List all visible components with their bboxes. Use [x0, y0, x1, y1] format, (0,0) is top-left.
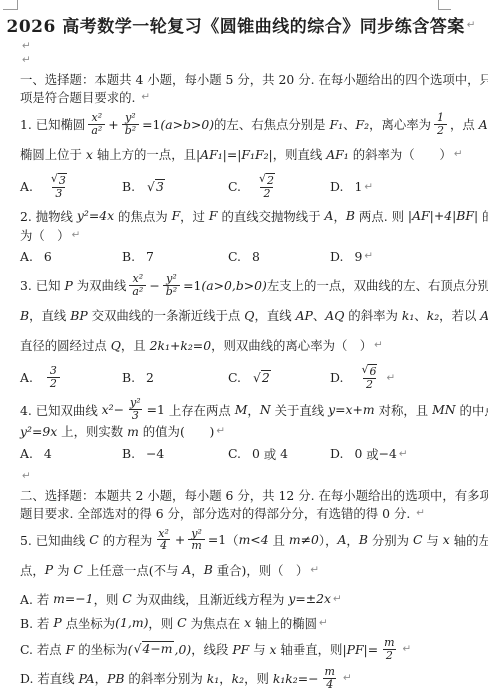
document-body: ↵↵一、选择题：本题共 4 小题，每小题 5 分，共 20 分. 在每小题给出的…	[20, 39, 462, 690]
text-run: 的最小值	[478, 207, 488, 225]
text-run: ，	[219, 669, 231, 687]
option-item: D.0 或−4↵	[330, 445, 462, 463]
text-run: ，	[191, 561, 203, 579]
option-label: A.	[20, 370, 33, 385]
paragraph: 3. 已知 P 为双曲线x²a²−y²b²=1(a>0,b>0)左支上的一点，双…	[20, 270, 462, 360]
paragraph-mark: ↵	[343, 672, 352, 684]
sqrt-expression: √6	[361, 364, 377, 378]
text-run: 的斜率为	[344, 306, 401, 324]
option-label: D.	[330, 249, 343, 264]
paragraph-mark: ↵	[467, 19, 476, 31]
text-run: AP	[296, 308, 313, 323]
paragraph-mark: ↵	[416, 507, 425, 519]
text-run: F	[66, 642, 75, 657]
text-run: P	[45, 562, 53, 577]
option-label: B.	[122, 179, 135, 194]
option-item: A.32	[20, 364, 122, 391]
text-run: 0	[252, 446, 264, 461]
text-run: y²=9x	[20, 424, 57, 439]
text-run: 且	[269, 531, 289, 549]
text-run: 项是符合题目要求的.	[20, 88, 139, 106]
text-line: y²=9x 上，则实数 m 的值为( )↵	[20, 422, 462, 441]
text-line: 二、选择题：本题共 2 小题，每小题 6 分，共 12 分. 在每小题给出的选项…	[20, 486, 462, 504]
text-run: 、	[343, 115, 355, 133]
text-run: 的斜率为（ ）	[349, 145, 452, 163]
text-run: 两点. 则	[355, 207, 408, 225]
text-run: ，过	[180, 207, 209, 225]
text-run: k₂	[427, 308, 439, 323]
text-line: 1. 已知椭圆x²a²+y²b²=1(a>b>0)的左、右焦点分别是 F₁、F₂…	[20, 109, 462, 139]
fraction: y²b²	[122, 112, 139, 137]
radicand: 6	[368, 364, 377, 378]
text-run: 的坐标为	[74, 640, 128, 658]
text-run: 5. 已知曲线	[20, 531, 89, 549]
text-line: 题目要求. 全部选对的得 6 分，部分选对的得部分分，有选错的得 0 分. ↵	[20, 504, 462, 522]
denominator: b²	[122, 124, 139, 137]
numerator: √6	[357, 364, 381, 378]
denominator: m	[188, 539, 204, 552]
text-run: y=x+m	[328, 402, 375, 417]
radicand: 3	[58, 173, 67, 187]
text-run: ,0)	[175, 642, 192, 657]
text-run: 题目要求. 全部选对的得 6 分，部分选对的得部分分，有选错的得 0 分.	[20, 504, 414, 522]
paragraph: 2. 抛物线 y²=4x 的焦点为 F，过 F 的直线交抛物线于 A，B 两点.…	[20, 206, 462, 244]
text-run: 与	[249, 640, 269, 658]
text-run: ，线段	[191, 640, 232, 658]
blank-line: ↵	[20, 469, 462, 483]
text-run: C	[177, 615, 186, 630]
text-run: 的左、右焦点分别是	[214, 115, 329, 133]
paragraph: 5. 已知曲线 C 的方程为x²4+y²m=1（m<4 且 m≠0），A，B 分…	[20, 525, 462, 585]
option-item: B.−4	[122, 445, 228, 463]
text-run: MN	[432, 402, 456, 417]
text-run: AF₁	[326, 147, 349, 162]
text-run: |AF₁|=|F₁F₂|	[196, 147, 273, 162]
text-run: BP	[70, 308, 87, 323]
text-run: C	[73, 562, 82, 577]
text-run: 的焦点为	[114, 207, 171, 225]
text-run: ，	[346, 531, 358, 549]
text-run: 2. 抛物线	[20, 207, 77, 225]
text-run: ，	[247, 401, 259, 419]
text-run: B	[204, 562, 213, 577]
options-row: A.32B.2C.√2D.√62↵	[20, 364, 462, 391]
radical-icon: √	[147, 179, 155, 194]
fraction: y²b²	[163, 273, 180, 298]
paragraph: 一、选择题：本题共 4 小题，每小题 5 分，共 20 分. 在每小题给出的四个…	[20, 70, 462, 106]
option-item: C.√2	[228, 364, 330, 391]
text-run: 与	[422, 531, 442, 549]
text-run: x	[443, 532, 450, 547]
text-run: m≠0	[289, 532, 319, 547]
text-run: y²=4x	[77, 208, 114, 223]
text-run: 点，	[20, 561, 45, 579]
option-item: D.9↵	[330, 248, 462, 264]
text-run: 的斜率分别为	[124, 669, 206, 687]
text-run: k₁k₂=−	[273, 671, 319, 686]
fraction: y²m	[188, 528, 205, 553]
option-label: C.	[228, 446, 241, 461]
text-run: N	[260, 402, 271, 417]
text-run: 对称，且	[375, 401, 432, 419]
text-run: 关于直线	[271, 401, 328, 419]
text-run: 一、选择题：本题共 4 小题，每小题 5 分，共 20 分. 在每小题给出的四个…	[20, 70, 488, 88]
text-line: 直径的圆经过点 Q，且 2k₁+k₂=0，则双曲线的离心率为（ ）↵	[20, 330, 462, 360]
text-run: 直径的圆经过点	[20, 336, 111, 354]
text-run: 4	[44, 446, 52, 461]
option-label: B.	[122, 446, 135, 461]
text-run: 3. 已知	[20, 276, 64, 294]
paragraph-mark: ↵	[454, 148, 463, 160]
radical-icon: √	[134, 641, 142, 656]
paragraph-mark: ↵	[310, 564, 319, 576]
text-run: 4. 已知双曲线	[20, 401, 102, 419]
option-label: B.	[122, 370, 135, 385]
text-run: m=−1	[53, 591, 93, 606]
page-title: 2026 高考数学一轮复习《圆锥曲线的综合》同步练含答案	[6, 12, 464, 37]
sqrt-expression: √4−m	[134, 641, 174, 657]
option-label: A.	[20, 249, 33, 264]
text-run: 的方程为	[99, 531, 153, 549]
text-run: A	[325, 208, 334, 223]
denominator: 2	[434, 124, 447, 137]
radical-icon: √	[253, 370, 261, 385]
options-row: A.6B.7C.8D.9↵	[20, 248, 462, 264]
text-line: 为（ ）↵	[20, 225, 462, 244]
text-run: −	[149, 278, 159, 293]
fraction: 32	[47, 365, 60, 390]
numerator: m	[381, 637, 397, 649]
numerator: y²	[127, 397, 144, 409]
text-run: −4	[146, 446, 164, 461]
radicand: 2	[261, 370, 271, 386]
numerator: 3	[47, 365, 60, 377]
text-run: C	[413, 532, 422, 547]
paragraph-mark: ↵	[364, 181, 373, 193]
text-line: B. 若 P 点坐标为(1,m)，则 C 为焦点在 x 轴上的椭圆↵	[20, 613, 462, 633]
text-run: A	[182, 562, 191, 577]
text-run: F	[172, 208, 181, 223]
text-run: ，直线	[254, 306, 295, 324]
text-run: 8	[252, 249, 260, 264]
radicand: 4−m	[142, 641, 174, 657]
numerator: √2	[255, 173, 279, 187]
radical-icon: √	[259, 173, 266, 185]
blank-line: ↵	[20, 39, 462, 53]
paragraph-mark: ↵	[399, 448, 408, 460]
text-run: PF	[232, 642, 249, 657]
text-run: F₂	[355, 117, 369, 132]
fraction: √62	[357, 364, 381, 391]
option-label: B.	[122, 249, 135, 264]
text-run: M	[235, 402, 248, 417]
paragraph: 1. 已知椭圆x²a²+y²b²=1(a>b>0)的左、右焦点分别是 F₁、F₂…	[20, 109, 462, 169]
text-run: 上存在两点	[165, 401, 235, 419]
text-run: =1	[147, 402, 165, 417]
text-line: C. 若点 F 的坐标为(√4−m,0)，线段 PF 与 x 轴垂直，则|PF|…	[20, 637, 462, 662]
radicand: 2	[266, 173, 275, 187]
fraction: y²3	[127, 397, 144, 422]
option-label: A.	[20, 179, 33, 194]
text-run: ，则	[244, 669, 273, 687]
denominator: 2	[47, 377, 60, 390]
text-run: x	[86, 147, 93, 162]
text-run: 或	[264, 445, 276, 463]
paragraph-mark: ↵	[22, 54, 31, 66]
option-label: A.	[20, 446, 33, 461]
option-item: A.4	[20, 445, 122, 463]
document-page: { "doc": { "title": "2026 高考数学一轮复习《圆锥曲线的…	[0, 0, 488, 695]
text-run: 为	[53, 561, 73, 579]
paragraph-mark: ↵	[403, 643, 412, 655]
option-item: A.√33	[20, 173, 122, 200]
paragraph-mark: ↵	[22, 470, 31, 482]
numerator: x²	[130, 273, 147, 285]
text-run: 1	[354, 179, 362, 194]
text-line: 5. 已知曲线 C 的方程为x²4+y²m=1（m<4 且 m≠0），A，B 分…	[20, 525, 462, 555]
denominator: b²	[163, 285, 180, 298]
option-item: C.8	[228, 248, 330, 264]
fraction: √33	[47, 173, 71, 200]
text-run: ，且	[121, 336, 150, 354]
text-run: 上任意一点(不与	[83, 561, 182, 579]
text-run: PA	[78, 671, 94, 686]
text-run: ），	[319, 531, 338, 549]
paragraph-mark: ↵	[333, 593, 342, 605]
text-run: ，则	[94, 590, 123, 608]
text-run: ，若以	[439, 306, 480, 324]
sqrt-expression: √3	[51, 173, 67, 187]
text-run: 9	[354, 249, 362, 264]
text-run: B	[359, 532, 368, 547]
option-label: C.	[228, 370, 241, 385]
option-label: D.	[330, 446, 343, 461]
text-run: 重合)，则（ ）	[213, 561, 309, 579]
radical-icon: √	[51, 173, 58, 185]
text-run: ，点	[450, 115, 479, 133]
title-row: 2026 高考数学一轮复习《圆锥曲线的综合》同步练含答案 ↵	[20, 12, 462, 37]
text-run: 0	[354, 446, 366, 461]
paragraph: A. 若 m=−1，则 C 为双曲线，且渐近线方程为 y=±2x↵B. 若 P …	[20, 589, 462, 691]
option-label: D.	[330, 370, 343, 385]
text-run: +	[175, 532, 185, 547]
option-item: B.7	[122, 248, 228, 264]
text-run: 轴垂直，则	[277, 640, 343, 658]
text-run: =1	[142, 117, 160, 132]
denominator: 2	[383, 649, 396, 662]
fraction: x²a²	[88, 112, 105, 137]
paragraph: 4. 已知双曲线 x²−y²3=1 上存在两点 M，N 关于直线 y=x+m 对…	[20, 397, 462, 441]
text-run: |AF|+4|BF|	[408, 208, 478, 223]
text-run: k₁	[207, 671, 219, 686]
sqrt-expression: √2	[259, 173, 275, 187]
text-run: 2k₁+k₂=0	[150, 338, 211, 353]
text-run: 1. 已知椭圆	[20, 115, 85, 133]
text-run: 为焦点在	[187, 614, 244, 632]
text-line: 2. 抛物线 y²=4x 的焦点为 F，过 F 的直线交抛物线于 A，B 两点.…	[20, 206, 462, 225]
text-line: D. 若直线 PA，PB 的斜率分别为 k₁，k₂，则 k₁k₂=−m4↵	[20, 666, 462, 691]
document: 2026 高考数学一轮复习《圆锥曲线的综合》同步练含答案 ↵ ↵↵一、选择题：本…	[0, 0, 488, 690]
text-run: 2	[146, 370, 154, 385]
option-item: C.0 或 4	[228, 445, 330, 463]
text-run: 轴上的椭圆	[251, 614, 317, 632]
text-run: k₂	[232, 671, 244, 686]
text-line: 椭圆上位于 x 轴上方的一点，且|AF₁|=|F₁F₂|，则直线 AF₁ 的斜率…	[20, 139, 462, 169]
text-run: ，	[333, 207, 345, 225]
text-line: 项是符合题目要求的. ↵	[20, 88, 462, 106]
text-line: B，直线 BP 交双曲线的一条渐近线于点 Q，直线 AP、AQ 的斜率为 k₁、…	[20, 300, 462, 330]
margin-corner-mark-left	[3, 0, 18, 10]
option-label: C.	[228, 249, 241, 264]
text-run: F₁	[330, 117, 344, 132]
text-run: ，则直线	[273, 145, 327, 163]
text-run: +	[108, 117, 118, 132]
text-run: 二、选择题：本题共 2 小题，每小题 6 分，共 12 分. 在每小题给出的选项…	[20, 486, 488, 504]
text-run: A	[479, 117, 488, 132]
margin-corner-mark-right	[438, 0, 451, 10]
text-run: PB	[107, 671, 124, 686]
text-run: D. 若直线	[20, 669, 78, 687]
text-run: F	[209, 208, 218, 223]
numerator: y²	[163, 273, 180, 285]
option-item: C.√22	[228, 173, 330, 200]
text-run: 或	[366, 445, 378, 463]
text-run: 6	[44, 249, 52, 264]
text-run: 上，则实数	[57, 422, 127, 440]
radical-icon: √	[361, 364, 368, 376]
numerator: √3	[47, 173, 71, 187]
paragraph-mark: ↵	[319, 617, 328, 629]
text-run: (a>b>0)	[160, 117, 214, 132]
text-run: −4	[379, 446, 397, 461]
text-run: (	[128, 642, 133, 657]
text-run: 为（ ）	[20, 226, 70, 244]
text-run: x	[244, 615, 251, 630]
numerator: y²	[122, 112, 139, 124]
denominator: 4	[157, 539, 170, 552]
denominator: 2	[363, 378, 376, 391]
text-run: ，则双曲线的离心率为（ ）	[211, 336, 372, 354]
option-item: B.√3	[122, 173, 228, 200]
text-run: k₁	[402, 308, 414, 323]
text-run: 轴的左、右交	[450, 531, 488, 549]
text-run: 点坐标为	[62, 614, 116, 632]
option-item: D.√62↵	[330, 364, 462, 391]
text-run: AB	[480, 308, 488, 323]
text-run: 4	[276, 446, 288, 461]
text-run: （	[226, 531, 238, 549]
option-item: A.6	[20, 248, 122, 264]
radicand: 3	[155, 179, 165, 195]
fraction: m2	[381, 637, 397, 662]
numerator: 1	[434, 112, 447, 124]
text-run: (a>0,b>0)	[201, 278, 266, 293]
text-run: m	[127, 424, 139, 439]
sqrt-expression: √3	[147, 179, 165, 195]
numerator: y²	[188, 528, 205, 540]
text-run: 交双曲线的一条渐近线于点	[88, 306, 245, 324]
paragraph-mark: ↵	[72, 229, 81, 241]
text-run: 为双曲线	[73, 276, 127, 294]
fraction: 12	[434, 112, 447, 137]
text-run: ，离心率为	[369, 115, 431, 133]
numerator: x²	[155, 528, 172, 540]
text-run: ，直线	[29, 306, 70, 324]
text-line: 4. 已知双曲线 x²−y²3=1 上存在两点 M，N 关于直线 y=x+m 对…	[20, 397, 462, 422]
text-run: 的直线交抛物线于	[218, 207, 325, 225]
text-run: =1	[208, 532, 226, 547]
text-run: =1	[183, 278, 201, 293]
option-label: C.	[228, 179, 241, 194]
text-run: ，	[95, 669, 107, 687]
text-run: 分别为	[368, 531, 413, 549]
paragraph: 二、选择题：本题共 2 小题，每小题 6 分，共 12 分. 在每小题给出的选项…	[20, 486, 462, 522]
text-run: x²−	[102, 402, 124, 417]
text-run: |PF|=	[342, 642, 378, 657]
text-run: Q	[244, 308, 254, 323]
text-run: (1,m)	[115, 615, 148, 630]
paragraph-mark: ↵	[216, 425, 225, 437]
denominator: a²	[88, 124, 105, 137]
option-item: D.1↵	[330, 173, 462, 200]
option-item: B.2	[122, 364, 228, 391]
paragraph-mark: ↵	[374, 339, 383, 351]
text-run: B	[20, 308, 29, 323]
paragraph-mark: ↵	[364, 250, 373, 262]
options-row: A.√33B.√3C.√22D.1↵	[20, 173, 462, 200]
text-run: P	[53, 615, 61, 630]
text-run: B. 若	[20, 614, 53, 632]
text-run: 7	[146, 249, 154, 264]
fraction: x²4	[155, 528, 172, 553]
fraction: m4	[322, 666, 338, 691]
denominator: 3	[129, 409, 142, 422]
fraction: x²a²	[129, 273, 146, 298]
denominator: 2	[260, 187, 273, 200]
text-run: 的值为( )	[139, 422, 215, 440]
denominator: 4	[323, 678, 336, 691]
text-run: 的中点在抛物线	[456, 401, 488, 419]
denominator: 3	[52, 187, 65, 200]
paragraph-mark: ↵	[141, 91, 150, 103]
text-run: P	[64, 278, 72, 293]
option-label: D.	[330, 179, 343, 194]
options-row: A.4B.−4C.0 或 4D.0 或−4↵	[20, 445, 462, 463]
text-run: B	[346, 208, 355, 223]
sqrt-expression: √2	[253, 370, 271, 386]
fraction: √22	[255, 173, 279, 200]
text-run: 、	[414, 306, 426, 324]
text-run: C. 若点	[20, 640, 66, 658]
text-run: C	[122, 591, 131, 606]
text-run: x	[270, 642, 277, 657]
text-line: 3. 已知 P 为双曲线x²a²−y²b²=1(a>0,b>0)左支上的一点，双…	[20, 270, 462, 300]
text-run: 为双曲线，且渐近线方程为	[132, 590, 289, 608]
denominator: a²	[129, 285, 146, 298]
numerator: m	[322, 666, 338, 678]
text-line: 点，P 为 C 上任意一点(不与 A，B 重合)，则（ ）↵	[20, 555, 462, 585]
numerator: x²	[89, 112, 106, 124]
text-line: 一、选择题：本题共 4 小题，每小题 5 分，共 20 分. 在每小题给出的四个…	[20, 70, 462, 88]
text-run: m<4	[239, 532, 269, 547]
paragraph-mark: ↵	[22, 40, 31, 52]
text-run: Q	[111, 338, 121, 353]
text-run: A	[337, 532, 346, 547]
paragraph-mark: ↵	[386, 372, 395, 384]
text-run: 轴上方的一点，且	[93, 145, 196, 163]
text-run: AQ	[325, 308, 344, 323]
text-run: C	[89, 532, 98, 547]
